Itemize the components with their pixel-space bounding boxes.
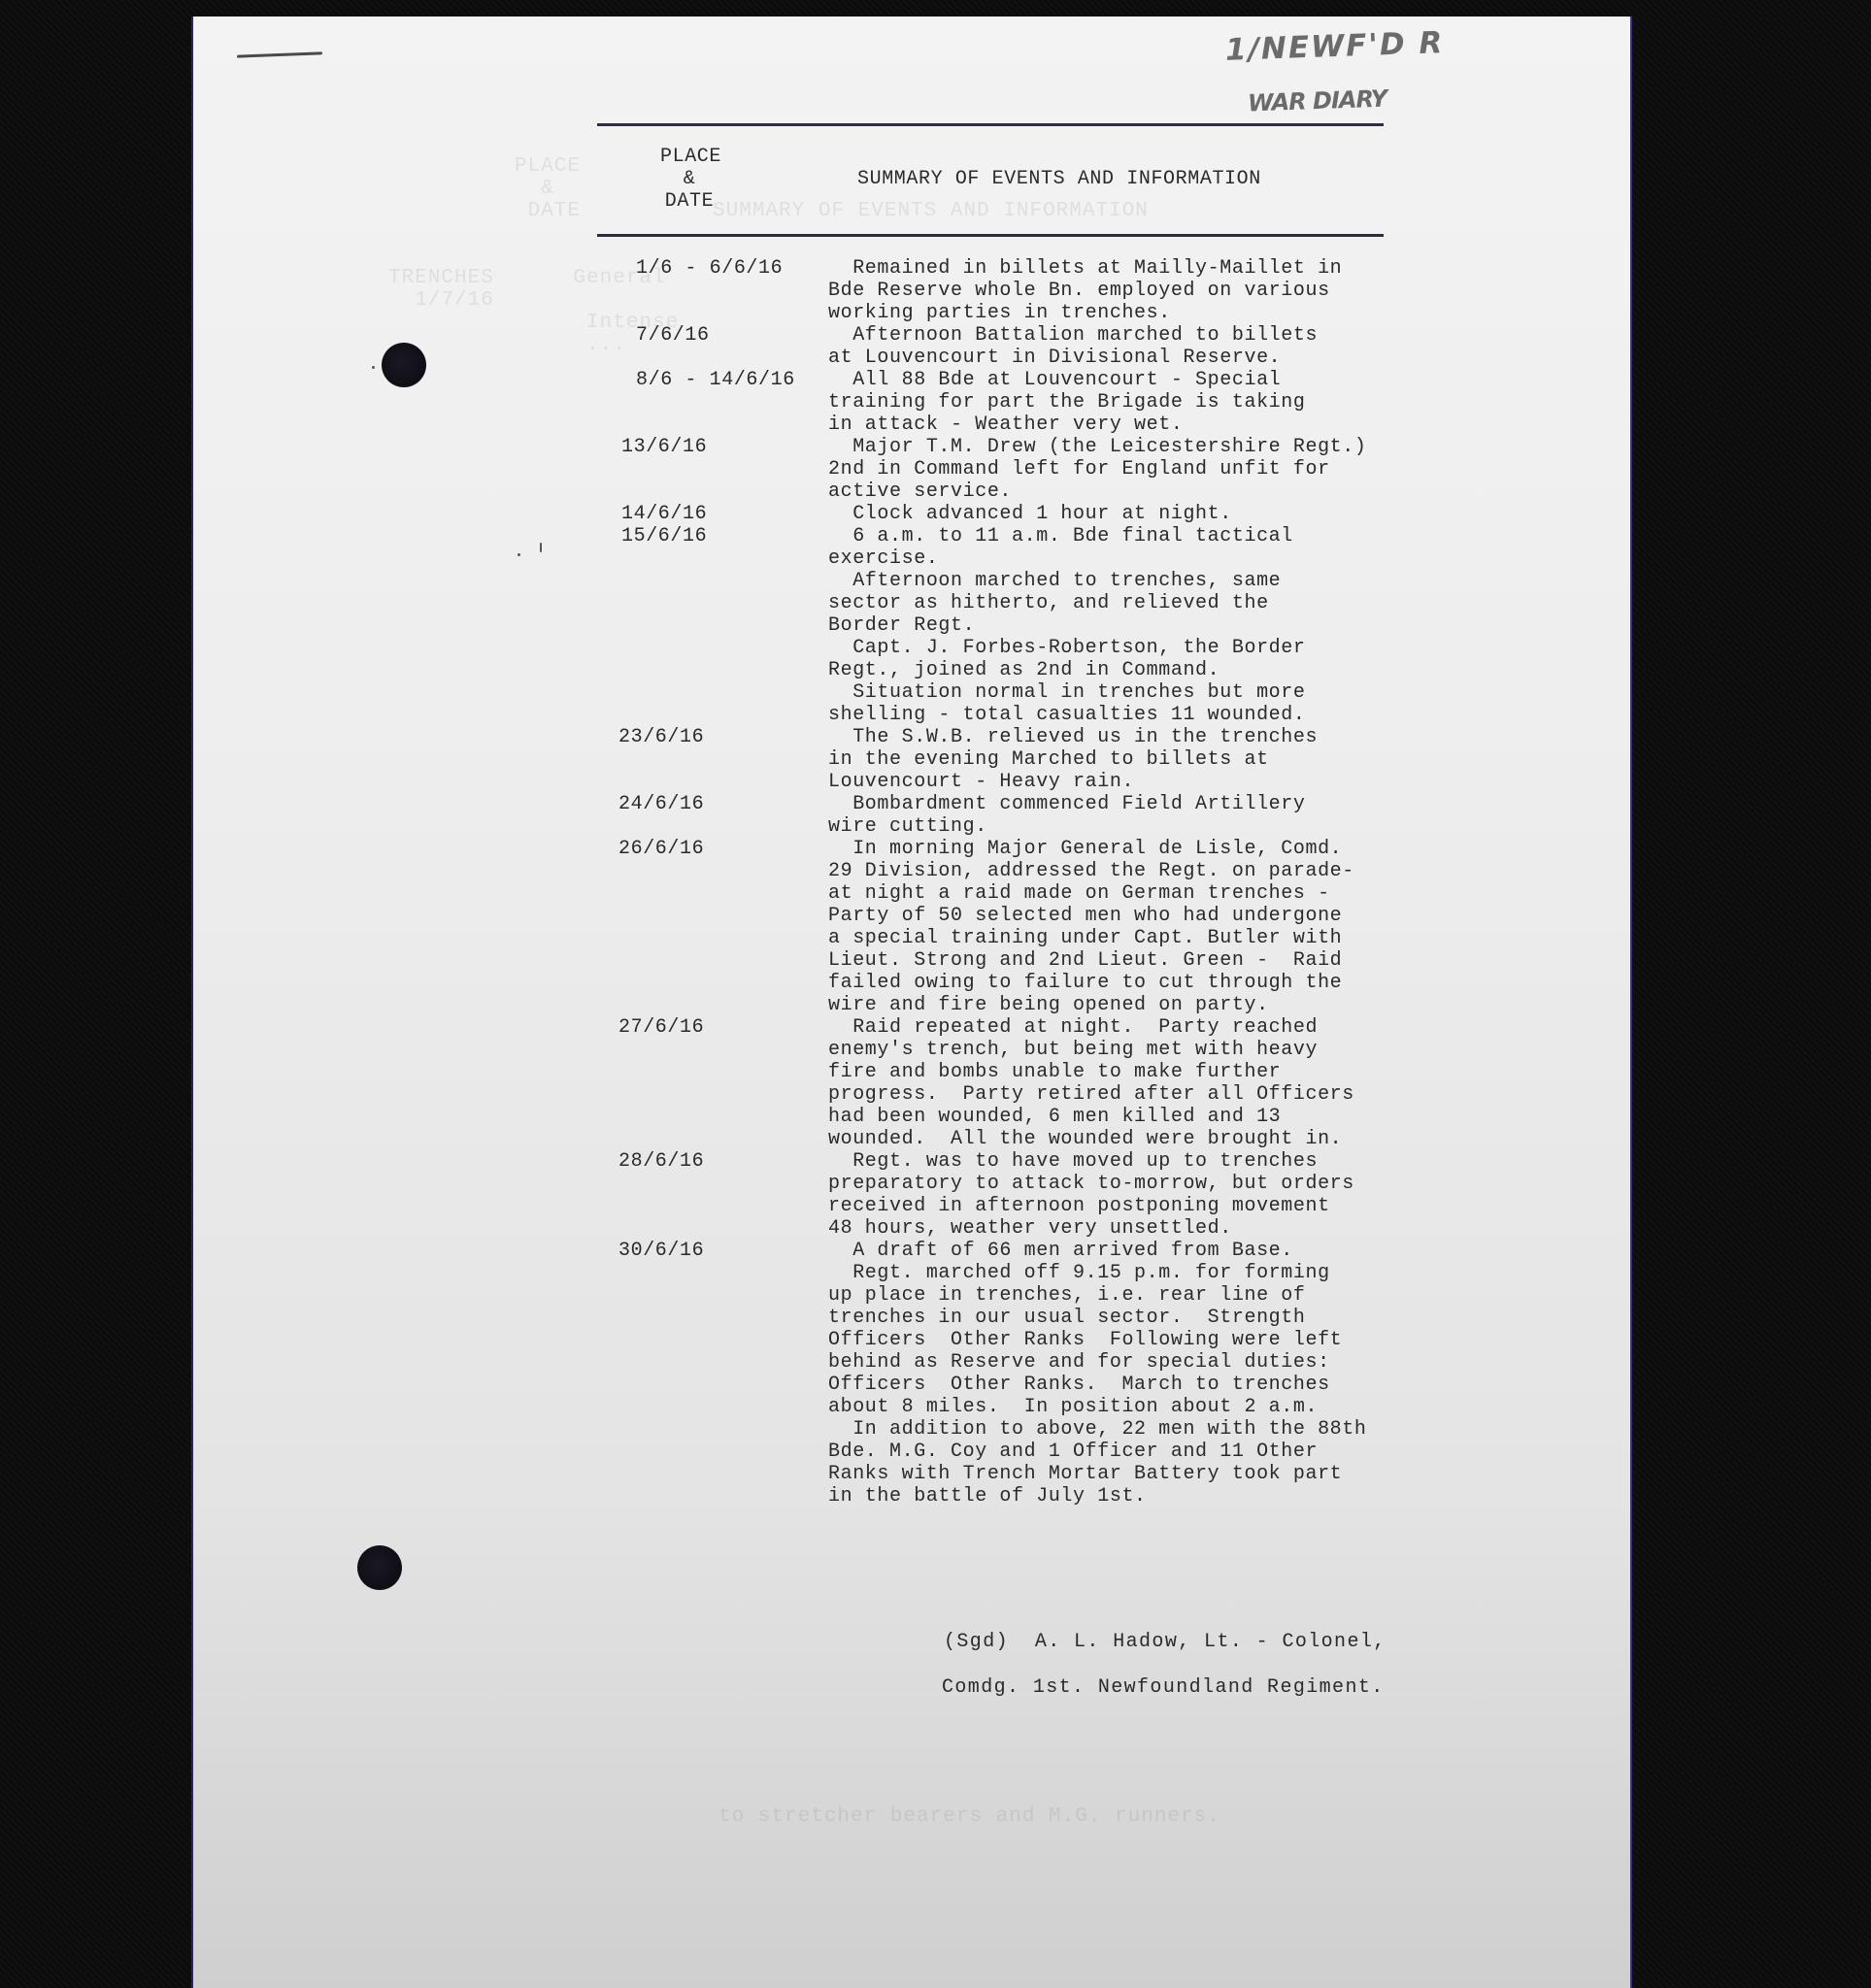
ink-speck <box>518 553 520 556</box>
entry-summary: Major T.M. Drew (the Leicestershire Regt… <box>828 436 1367 503</box>
entry-summary: Raid repeated at night. Party reached en… <box>828 1016 1354 1150</box>
punch-hole <box>382 343 426 387</box>
header-rule-bottom <box>597 234 1384 237</box>
entry-date: 7/6/16 <box>636 324 710 347</box>
entry-summary: Bombardment commenced Field Artillery wi… <box>828 793 1305 838</box>
entry-summary: Regt. was to have moved up to trenches p… <box>828 1150 1354 1240</box>
entry-date: 30/6/16 <box>618 1240 704 1262</box>
entry-summary: All 88 Bde at Louvencourt - Special trai… <box>828 369 1305 436</box>
entry-date: 14/6/16 <box>621 503 707 525</box>
entry-summary: The S.W.B. relieved us in the trenches i… <box>828 726 1318 793</box>
entry-summary: 6 a.m. to 11 a.m. Bde final tactical exe… <box>828 525 1305 726</box>
entry-date: 26/6/16 <box>618 838 704 860</box>
column-header-place-date: PLACE & DATE <box>660 146 718 213</box>
column-header-line: & <box>660 168 718 190</box>
signature-line: (Sgd) A. L. Hadow, Lt. - Colonel, <box>944 1631 1387 1653</box>
punch-hole <box>357 1545 402 1590</box>
entry-date: 8/6 - 14/6/16 <box>636 369 795 391</box>
entry-date: 27/6/16 <box>618 1016 704 1039</box>
entry-date: 15/6/16 <box>621 525 707 547</box>
ink-speck <box>540 543 542 552</box>
handwritten-annotation-title: WAR DIARY <box>1248 85 1387 117</box>
ink-speck <box>372 366 375 369</box>
column-header-line: PLACE <box>660 146 718 168</box>
entry-summary: In morning Major General de Lisle, Comd.… <box>828 838 1354 1016</box>
column-header-line: DATE <box>660 190 718 213</box>
column-header-summary: SUMMARY OF EVENTS AND INFORMATION <box>857 168 1261 190</box>
entry-date: 1/6 - 6/6/16 <box>636 257 783 280</box>
entry-summary: Clock advanced 1 hour at night. <box>828 503 1232 525</box>
entry-date: 24/6/16 <box>618 793 704 815</box>
signature-rank-line: Comdg. 1st. Newfoundland Regiment. <box>942 1676 1385 1699</box>
entry-summary: Remained in billets at Mailly-Maillet in… <box>828 257 1342 324</box>
entry-summary: A draft of 66 men arrived from Base. Reg… <box>828 1240 1367 1508</box>
entry-date: 13/6/16 <box>621 436 707 458</box>
header-rule-top <box>597 123 1384 126</box>
entry-date: 23/6/16 <box>618 726 704 748</box>
entry-date: 28/6/16 <box>618 1150 704 1173</box>
entry-summary: Afternoon Battalion marched to billets a… <box>828 324 1318 369</box>
